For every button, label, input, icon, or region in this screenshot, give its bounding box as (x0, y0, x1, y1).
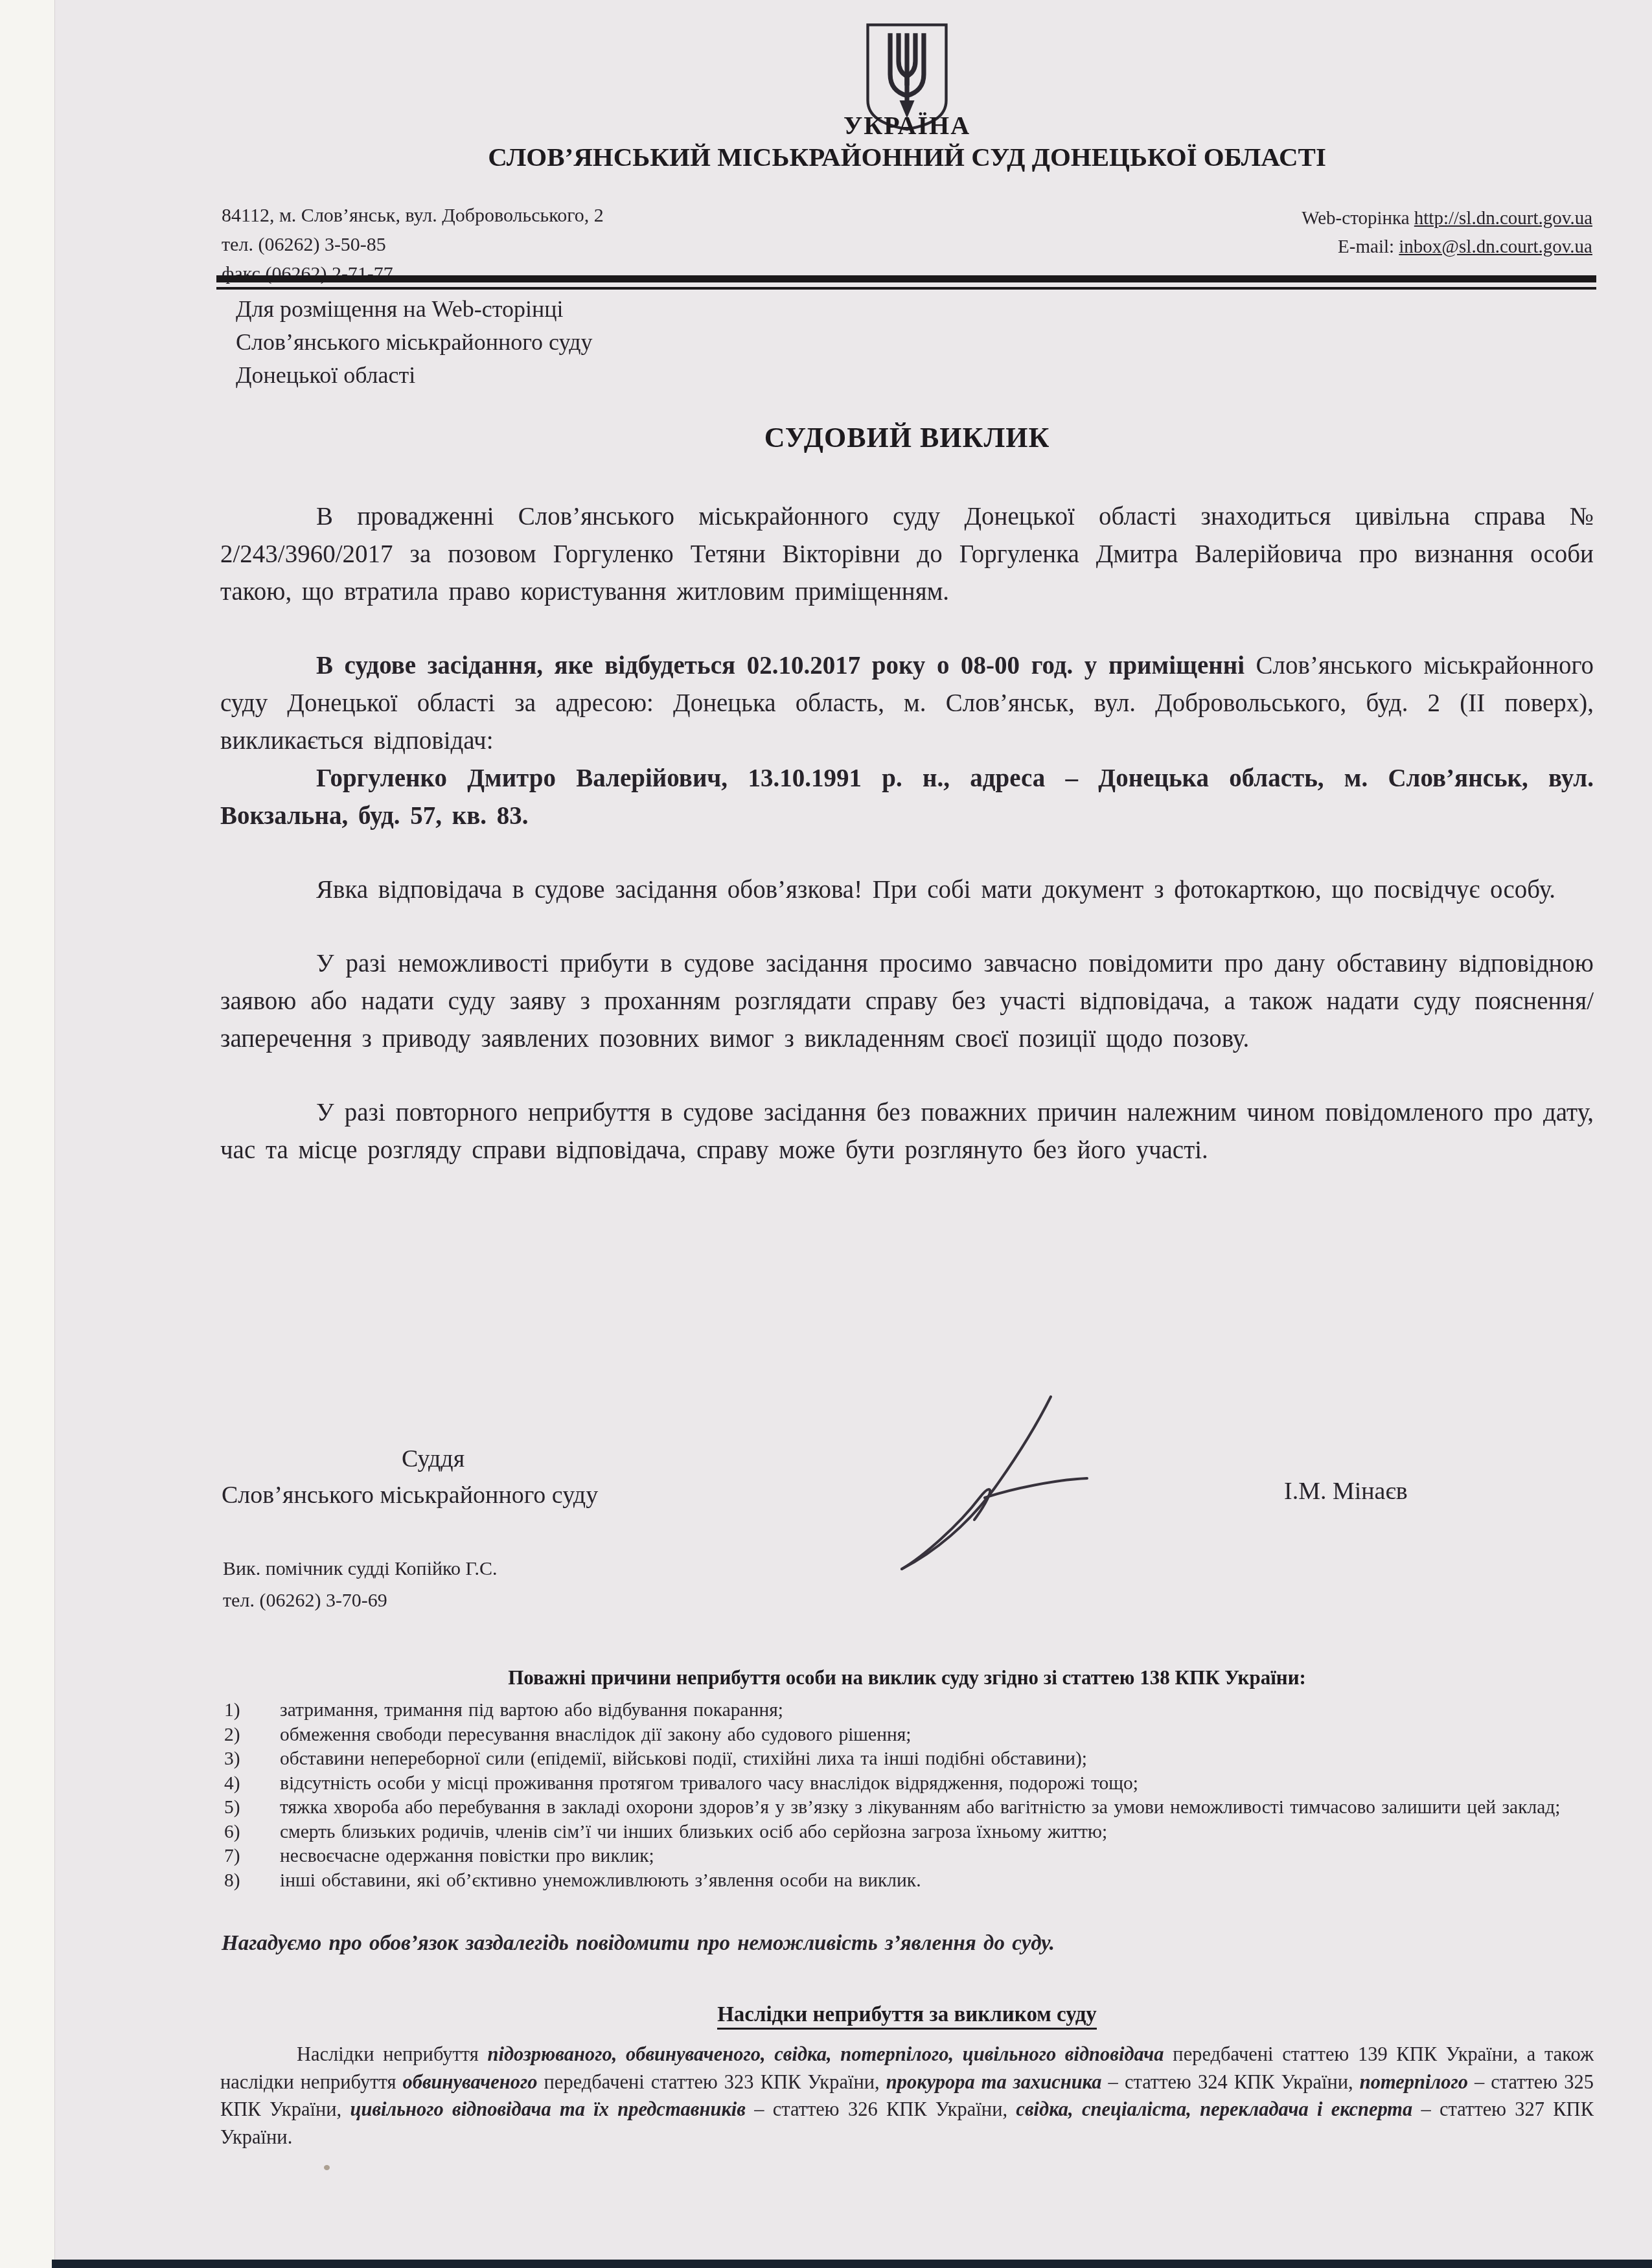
recipient-line: Слов’янського міськрайонного суду (236, 326, 593, 359)
court-web-contacts: Web-сторінка http://sl.dn.court.gov.ua E… (1302, 205, 1592, 261)
list-item: 8) інші обставини, які об’єктивно унемож… (220, 1869, 1594, 1894)
text-segment: обвинуваченого (402, 2071, 537, 2093)
paragraph-case-info: В провадженні Слов’янського міськрайонно… (220, 498, 1594, 611)
phone-line: тел. (06262) 3-50-85 (222, 230, 604, 259)
text-segment: цивільного відповідача та їх представник… (350, 2098, 745, 2120)
assistant-block: Вик. помічник судді Копійко Г.С. тел. (0… (223, 1553, 498, 1616)
header-divider-rule (216, 275, 1596, 290)
text-segment: Явка відповідача в судове засідання обов… (316, 876, 1555, 904)
list-item-text: затримання, тримання під вартою або відб… (280, 1699, 1594, 1723)
judge-role-line2: Слов’янського міськрайонного суду (222, 1481, 598, 1509)
list-item-number: 6) (220, 1820, 280, 1845)
text-segment: прокурора та захисника (886, 2071, 1102, 2093)
web-url: http://sl.dn.court.gov.ua (1414, 208, 1592, 229)
document-title: СУДОВИЙ ВИКЛИК (220, 421, 1594, 454)
consequences-heading: Наслідки неприбуття за викликом суду (220, 2003, 1594, 2027)
list-item-text: обмеження свободи пересування внаслідок … (280, 1723, 1594, 1748)
list-item-text: смерть близьких родичів, членів сім’ї чи… (280, 1820, 1594, 1845)
text-segment: – статтею 326 КПК України, (746, 2098, 1016, 2120)
web-label: Web-сторінка (1302, 208, 1409, 229)
judge-signature (862, 1393, 1134, 1581)
text-segment: підозрюваного, обвинуваченого, свідка, п… (487, 2043, 1164, 2065)
paragraph-repeated-absence: У разі повторного неприбуття в судове за… (220, 1094, 1594, 1169)
text-segment: У разі повторного неприбуття в судове за… (220, 1099, 1594, 1164)
country-name: УКРАЇНА (220, 110, 1594, 141)
assistant-name-line: Вик. помічник судді Копійко Г.С. (223, 1553, 498, 1585)
list-item-number: 2) (220, 1723, 280, 1748)
text-segment: потерпілого (1360, 2071, 1468, 2093)
summons-body: СУДОВИЙ ВИКЛИК В провадженні Слов’янсько… (220, 421, 1594, 1206)
list-item-text: відсутність особи у місці проживання про… (280, 1772, 1594, 1796)
valid-reasons-list: 1) затримання, тримання під вартою або в… (220, 1699, 1594, 1893)
text-segment: В провадженні Слов’янського міськрайонно… (220, 503, 1594, 606)
text-segment: Наслідки неприбуття (297, 2043, 487, 2065)
email-line: E-mail: inbox@sl.dn.court.gov.ua (1302, 233, 1592, 262)
text-segment: Горгуленко Дмитро Валерійович, 13.10.199… (220, 764, 1594, 830)
list-item-text: несвоєчасне одержання повістки про викли… (280, 1844, 1594, 1869)
judge-role-line1: Суддя (402, 1445, 465, 1473)
list-item-text: тяжка хвороба або перебування в закладі … (280, 1796, 1594, 1820)
text-segment: передбачені статтею 323 КПК України, (538, 2071, 886, 2093)
list-item: 6) смерть близьких родичів, членів сім’ї… (220, 1820, 1594, 1845)
court-name: СЛОВ’ЯНСЬКИЙ МІСЬКРАЙОННИЙ СУД ДОНЕЦЬКОЇ… (220, 141, 1594, 172)
list-item-number: 3) (220, 1747, 280, 1772)
paragraph-attendance-obligation: Явка відповідача в судове засідання обов… (220, 871, 1594, 909)
address-line: 84112, м. Слов’янськ, вул. Добровольсько… (222, 201, 604, 230)
valid-reasons-heading: Поважні причини неприбуття особи на викл… (220, 1666, 1594, 1690)
list-item-number: 8) (220, 1869, 280, 1894)
recipient-line: Донецької області (236, 359, 593, 392)
list-item-number: 1) (220, 1699, 280, 1723)
text-segment: У разі неможливості прибути в судове зас… (220, 950, 1594, 1053)
list-item-number: 4) (220, 1772, 280, 1796)
recipient-line: Для розміщення на Web-сторінці (236, 293, 593, 326)
recipient-block: Для розміщення на Web-сторінці Слов’янсь… (236, 293, 593, 392)
list-item-number: 5) (220, 1796, 280, 1820)
reminder-note: Нагадуємо про обов’язок заздалегідь пові… (222, 1932, 1055, 1956)
judge-name: І.М. Мінаєв (1284, 1477, 1408, 1506)
list-item: 2) обмеження свободи пересування внаслід… (220, 1723, 1594, 1748)
list-item-text: обставини непереборної сили (епідемії, в… (280, 1747, 1594, 1772)
paragraph-defendant-info: Горгуленко Дмитро Валерійович, 13.10.199… (220, 760, 1594, 835)
list-item: 4) відсутність особи у місці проживання … (220, 1772, 1594, 1796)
text-segment: – статтею 324 КПК України, (1102, 2071, 1360, 2093)
consequences-paragraph: Наслідки неприбуття підозрюваного, обвин… (220, 2041, 1594, 2151)
list-item: 1) затримання, тримання під вартою або в… (220, 1699, 1594, 1723)
list-item: 7) несвоєчасне одержання повістки про ви… (220, 1844, 1594, 1869)
scanned-court-summons-page: { "page": { "header": { "emblem_icon": "… (0, 0, 1652, 2268)
list-item: 3) обставини непереборної сили (епідемії… (220, 1747, 1594, 1772)
email-address: inbox@sl.dn.court.gov.ua (1399, 236, 1592, 257)
paragraph-inability-to-attend: У разі неможливості прибути в судове зас… (220, 945, 1594, 1058)
list-item-number: 7) (220, 1844, 280, 1869)
paragraph-hearing-info: В судове засідання, яке відбудеться 02.1… (220, 647, 1594, 760)
email-label: E-mail: (1338, 236, 1394, 257)
scanner-edge-band (52, 2260, 1652, 2268)
list-item-text: інші обставини, які об’єктивно унеможлив… (280, 1869, 1594, 1894)
text-segment: В судове засідання, яке відбудеться 02.1… (316, 652, 1245, 680)
assistant-phone-line: тел. (06262) 3-70-69 (223, 1585, 498, 1617)
web-line: Web-сторінка http://sl.dn.court.gov.ua (1302, 205, 1592, 233)
document-content: УКРАЇНА СЛОВ’ЯНСЬКИЙ МІСЬКРАЙОННИЙ СУД Д… (220, 0, 1594, 2268)
list-item: 5) тяжка хвороба або перебування в закла… (220, 1796, 1594, 1820)
text-segment: свідка, спеціаліста, перекладача і експе… (1016, 2098, 1412, 2120)
